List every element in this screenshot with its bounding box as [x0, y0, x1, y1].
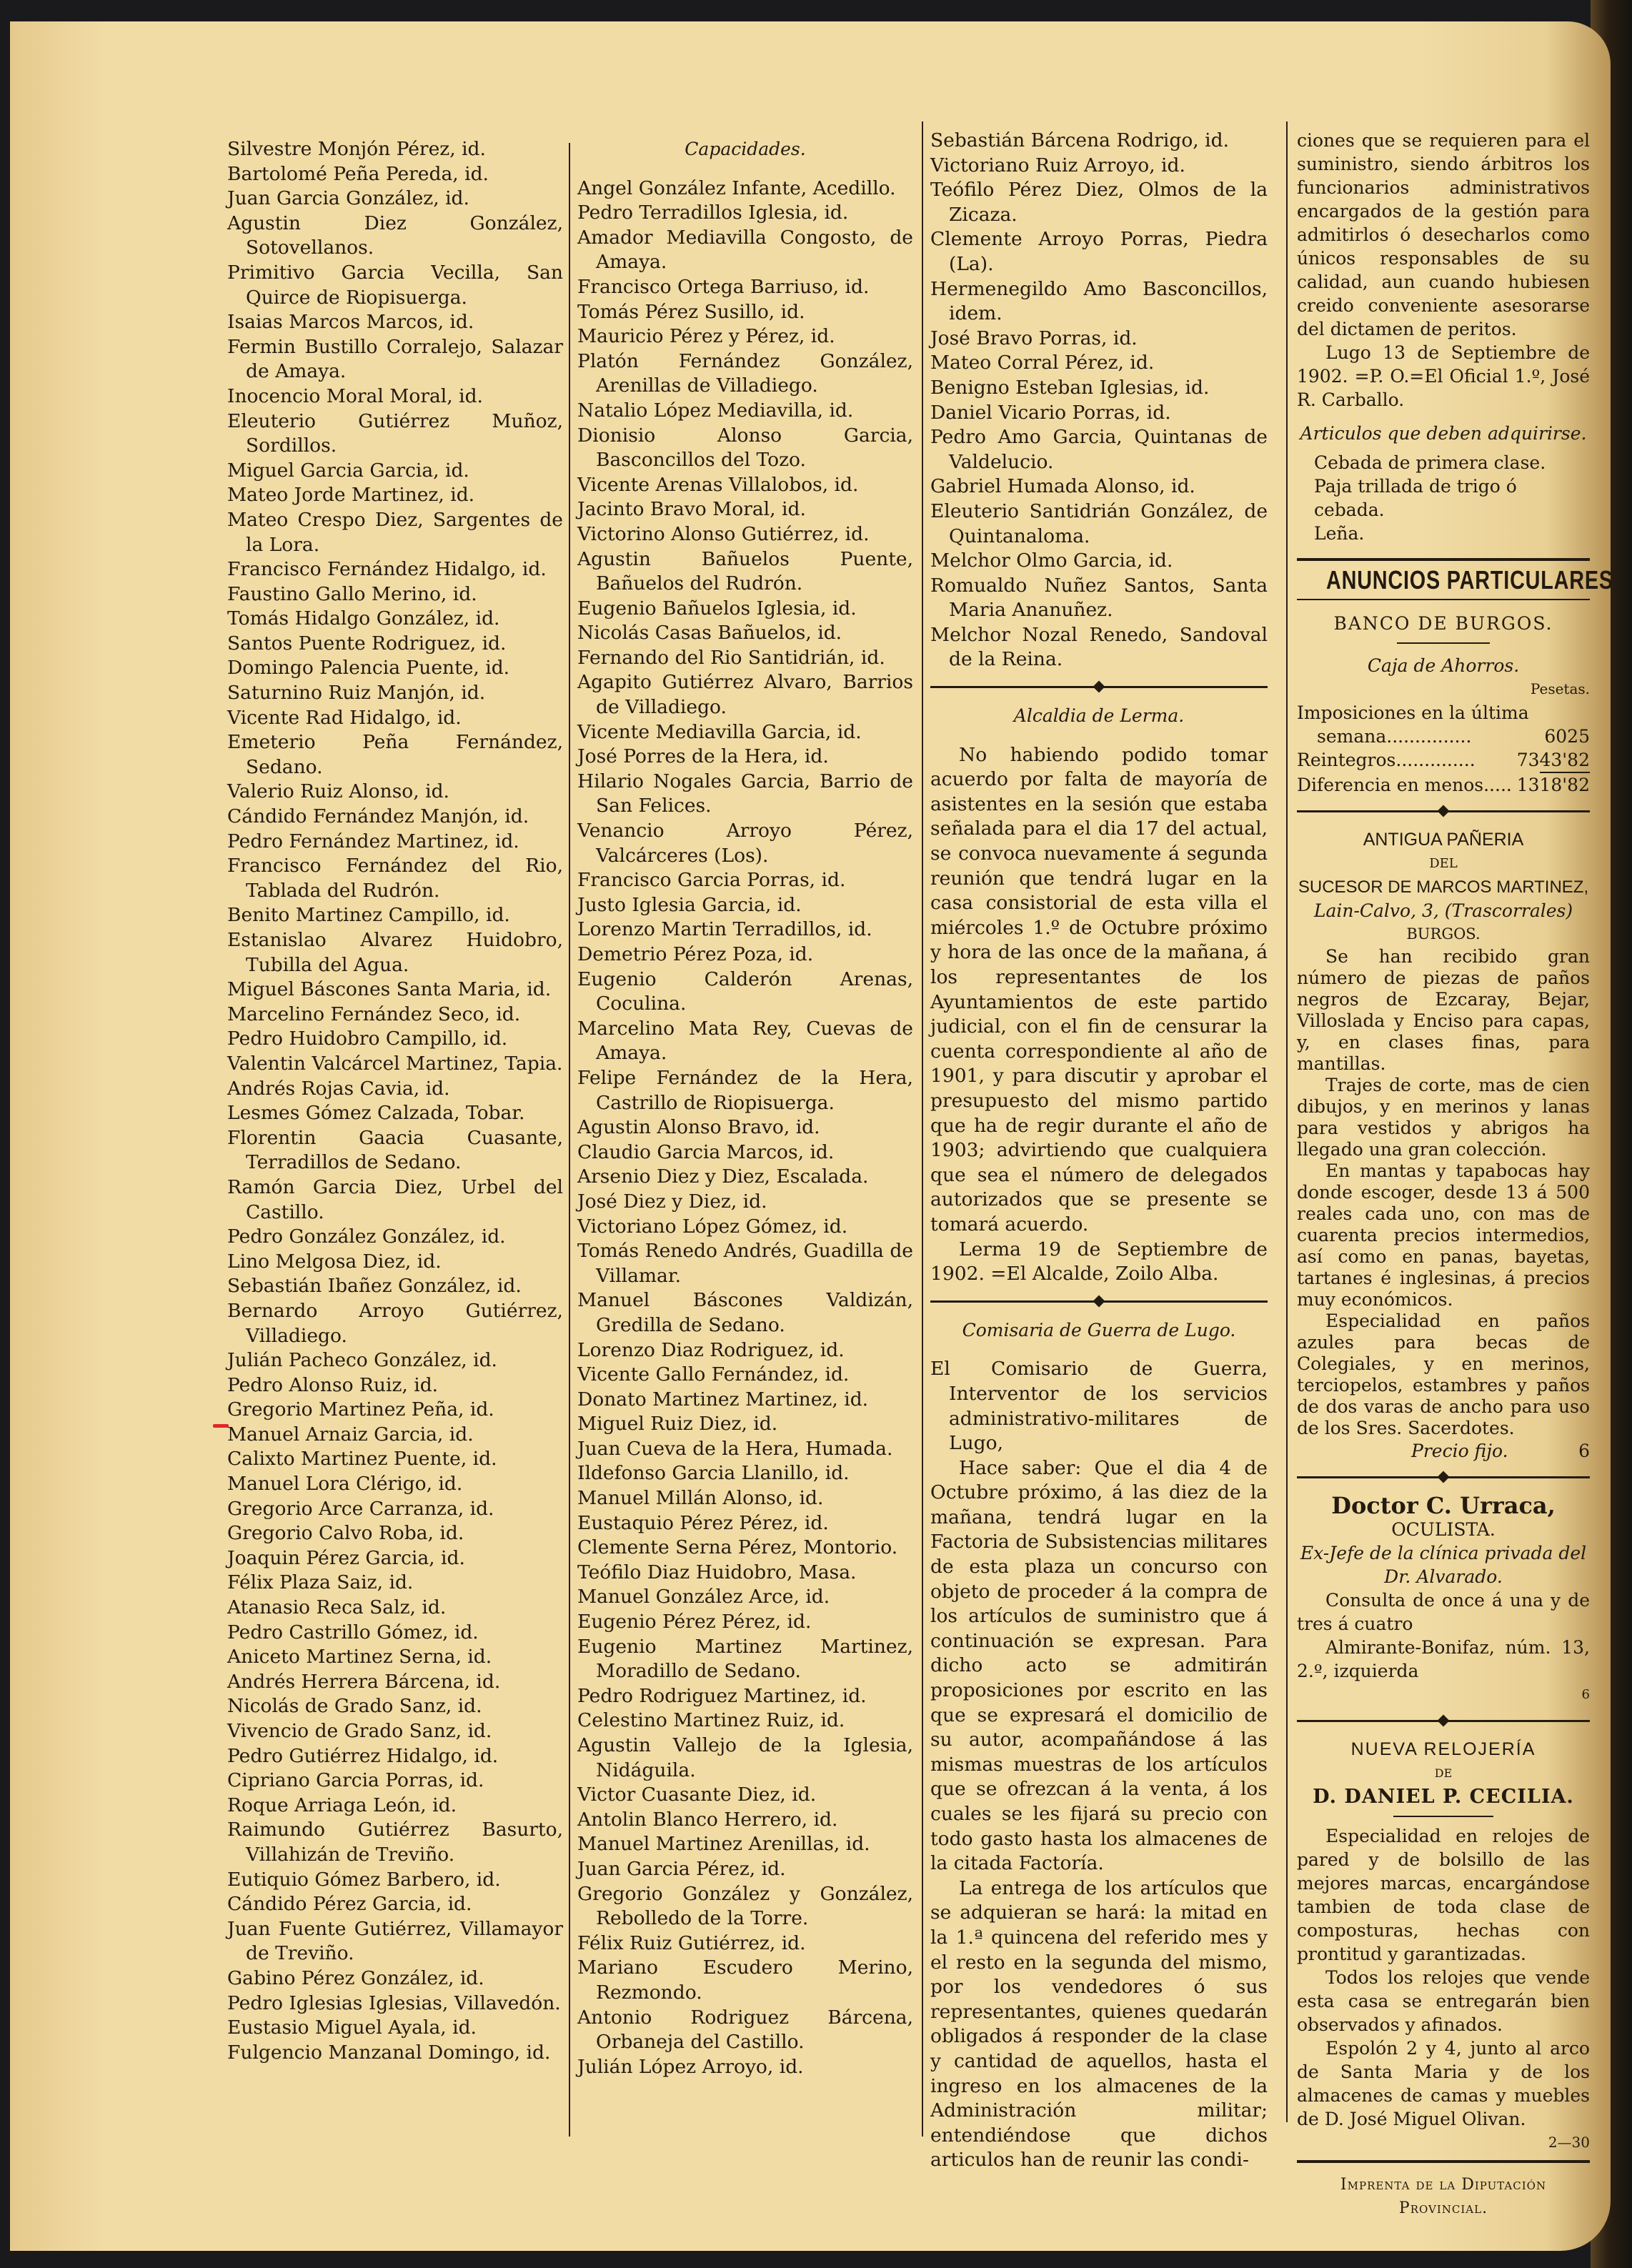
ornamental-divider: [930, 681, 1268, 692]
list-entry: Joaquin Pérez Garcia, id.: [227, 1546, 563, 1571]
list-entry: Roque Arriaga León, id.: [227, 1794, 563, 1819]
list-entry: Pedro González González, id.: [227, 1225, 563, 1250]
doctor-num: 6: [1297, 1683, 1590, 1706]
relojeria-name: D. DANIEL P. CECILIA.: [1297, 1785, 1590, 1809]
article-item: Leña.: [1314, 522, 1590, 545]
lerma-heading: Alcaldia de Lerma.: [930, 704, 1268, 729]
list-entry: Celestino Martinez Ruiz, id.: [577, 1709, 913, 1734]
list-entry: Agustin Bañuelos Puente, Bañuelos del Ru…: [577, 547, 913, 597]
list-entry: Andrés Herrera Bárcena, id.: [227, 1670, 563, 1695]
list-entry: Lino Melgosa Diez, id.: [227, 1250, 563, 1275]
list-entry: Melchor Nozal Renedo, Sandoval de la Rei…: [930, 623, 1268, 672]
relojeria-p2: Todos los relojes que vende esta casa se…: [1297, 1966, 1590, 2036]
list-entry: Victoriano Ruiz Arroyo, id.: [930, 154, 1268, 179]
list-entry: Eugenio Martinez Martinez, Moradillo de …: [577, 1635, 913, 1684]
bank-row: semana...............6025: [1297, 725, 1590, 748]
list-entry: Calixto Martinez Puente, id.: [227, 1447, 563, 1472]
list-entry: Juan Fuente Gutiérrez, Villamayor de Tre…: [227, 1917, 563, 1966]
list-entry: Demetrio Pérez Poza, id.: [577, 942, 913, 968]
list-entry: Tomás Renedo Andrés, Guadilla de Villama…: [577, 1239, 913, 1288]
list-entry: Vicente Rad Hidalgo, id.: [227, 706, 563, 731]
list-entry: Mariano Escudero Merino, Rezmondo.: [577, 1956, 913, 2005]
paneria-price: Precio fijo.: [1411, 1439, 1508, 1463]
bank-row: Imposiciones en la última: [1297, 701, 1590, 725]
list-entry: Julián Pacheco González, id.: [227, 1348, 563, 1373]
list-entry: Donato Martinez Martinez, id.: [577, 1388, 913, 1413]
lerma-body: No habiendo podido tomar acuerdo por fal…: [930, 743, 1268, 1238]
list-entry: Victoriano López Gómez, id.: [577, 1215, 913, 1240]
list-entry: Justo Iglesia Garcia, id.: [577, 893, 913, 918]
list-entry: Tomás Hidalgo González, id.: [227, 607, 563, 632]
list-entry: Vivencio de Grado Sanz, id.: [227, 1719, 563, 1744]
list-entry: Julián López Arroyo, id.: [577, 2055, 913, 2080]
list-entry: Lorenzo Diaz Rodriguez, id.: [577, 1338, 913, 1363]
doctor-sub: Ex-Jefe de la clínica privada del Dr. Al…: [1297, 1541, 1590, 1588]
double-rule: [1297, 558, 1590, 561]
bank-unit: Pesetas.: [1297, 677, 1590, 701]
list-entry: Pedro Terradillos Iglesia, id.: [577, 201, 913, 226]
list-entry: Venancio Arroyo Pérez, Valcárceres (Los)…: [577, 819, 913, 868]
list-entry: Gregorio Arce Carranza, id.: [227, 1497, 563, 1522]
list-entry: Arsenio Diez y Diez, Escalada.: [577, 1165, 913, 1190]
list-entry: José Porres de la Hera, id.: [577, 745, 913, 770]
column-divider: [569, 143, 570, 2137]
list-entry: Fernando del Rio Santidrián, id.: [577, 646, 913, 671]
list-entry: Eutiquio Gómez Barbero, id.: [227, 1868, 563, 1893]
bank-subtitle: Caja de Ahorros.: [1297, 654, 1590, 677]
paneria-p4: Especialidad en paños azules para becas …: [1297, 1310, 1590, 1439]
lugo-body-1: Hace saber: Que el dia 4 de Octubre próx…: [930, 1456, 1268, 1876]
list-entry: Dionisio Alonso Garcia, Basconcillos del…: [577, 424, 913, 473]
list-entry: Benigno Esteban Iglesias, id.: [930, 376, 1268, 401]
column-2-capacidades: Capacidades. Angel González Infante, Ace…: [577, 137, 913, 2079]
list-entry: Daniel Vicario Porras, id.: [930, 401, 1268, 426]
column-1-name-list: Silvestre Monjón Pérez, id.Bartolomé Peñ…: [227, 137, 563, 2065]
list-entry: Eugenio Calderón Arenas, Coculina.: [577, 968, 913, 1017]
list-entry: Benito Martinez Campillo, id.: [227, 903, 563, 928]
list-entry: Gregorio González y González, Rebolledo …: [577, 1882, 913, 1931]
list-entry: Domingo Palencia Puente, id.: [227, 656, 563, 681]
list-entry: Francisco Ortega Barriuso, id.: [577, 275, 913, 300]
list-entry: Miguel Garcia Garcia, id.: [227, 459, 563, 484]
column-divider: [1286, 121, 1288, 2122]
bank-table: Imposiciones en la última semana........…: [1297, 701, 1590, 797]
list-entry: José Diez y Diez, id.: [577, 1190, 913, 1215]
list-entry: Melchor Olmo Garcia, id.: [930, 549, 1268, 574]
list-entry: Pedro Huidobro Campillo, id.: [227, 1027, 563, 1052]
list-entry: Cándido Pérez Garcia, id.: [227, 1892, 563, 1917]
list-entry: Marcelino Mata Rey, Cuevas de Amaya.: [577, 1017, 913, 1066]
list-entry: Miguel Báscones Santa Maria, id.: [227, 978, 563, 1003]
relojeria-de: DE: [1297, 1761, 1590, 1785]
list-entry: Lesmes Gómez Calzada, Tobar.: [227, 1101, 563, 1126]
list-entry: Inocencio Moral Moral, id.: [227, 384, 563, 409]
ornamental-divider: [1297, 1715, 1590, 1726]
relojeria-title: NUEVA RELOJERÍA: [1297, 1738, 1590, 1761]
list-entry: Gabriel Humada Alonso, id.: [930, 474, 1268, 499]
list-entry: Manuel Lora Clérigo, id.: [227, 1472, 563, 1497]
bank-row: Reintegros..............7343'82: [1297, 748, 1590, 772]
list-entry: Saturnino Ruiz Manjón, id.: [227, 681, 563, 706]
list-entry: Félix Plaza Saiz, id.: [227, 1571, 563, 1596]
paneria-p2: Trajes de corte, mas de cien dibujos, y …: [1297, 1075, 1590, 1160]
list-entry: Raimundo Gutiérrez Basurto, Villahizán d…: [227, 1818, 563, 1867]
red-highlight-marker: [213, 1424, 229, 1428]
list-entry: Nicolás Casas Bañuelos, id.: [577, 621, 913, 646]
list-entry: José Bravo Porras, id.: [930, 327, 1268, 352]
list-entry: Vicente Mediavilla Garcia, id.: [577, 720, 913, 745]
doctor-name: Doctor C. Urraca,: [1297, 1494, 1590, 1518]
rule: [1393, 1816, 1493, 1817]
list-entry: Mauricio Pérez y Pérez, id.: [577, 324, 913, 349]
list-entry: Tomás Pérez Susillo, id.: [577, 300, 913, 325]
list-entry: Antolin Blanco Herrero, id.: [577, 1808, 913, 1833]
list-entry: Teófilo Diaz Huidobro, Masa.: [577, 1561, 913, 1586]
lugo-intro: El Comisario de Guerra, Interventor de l…: [930, 1357, 1268, 1456]
list-entry: Manuel Martinez Arenillas, id.: [577, 1832, 913, 1857]
list-entry: Atanasio Reca Salz, id.: [227, 1596, 563, 1621]
relojeria-p1: Especialidad en relojes de pared y de bo…: [1297, 1824, 1590, 1966]
list-entry: Faustino Gallo Merino, id.: [227, 582, 563, 607]
list-entry: Clemente Arroyo Porras, Piedra (La).: [930, 227, 1268, 277]
list-entry: Mateo Jorde Martinez, id.: [227, 483, 563, 508]
capacidades-heading: Capacidades.: [577, 137, 913, 162]
list-entry: Felipe Fernández de la Hera, Castrillo d…: [577, 1066, 913, 1115]
list-entry: Gregorio Martinez Peña, id.: [227, 1398, 563, 1423]
list-entry: Francisco Garcia Porras, id.: [577, 868, 913, 893]
bank-row: Diferencia en menos.....1318'82: [1297, 773, 1590, 797]
list-entry: Bernardo Arroyo Gutiérrez, Villadiego.: [227, 1299, 563, 1348]
list-entry: Lorenzo Martin Terradillos, id.: [577, 917, 913, 942]
list-entry: Vicente Gallo Fernández, id.: [577, 1363, 913, 1388]
ornamental-divider: [1297, 805, 1590, 817]
column-4-ads: ciones que se requieren para el suminist…: [1297, 129, 1590, 2220]
paneria-del: DEL: [1297, 852, 1590, 875]
list-entry: Isaias Marcos Marcos, id.: [227, 310, 563, 335]
list-entry: Claudio Garcia Marcos, id.: [577, 1140, 913, 1165]
lugo-body-2: La entrega de los artículos que se adqui…: [930, 1876, 1268, 2173]
column-divider: [922, 121, 923, 2137]
list-entry: Cipriano Garcia Porras, id.: [227, 1769, 563, 1794]
list-entry: Nicolás de Grado Sanz, id.: [227, 1694, 563, 1719]
list-entry: Manuel Arnaiz Garcia, id.: [227, 1423, 563, 1448]
list-entry: Aniceto Martinez Serna, id.: [227, 1645, 563, 1670]
list-entry: Eleuterio Santidrián González, de Quinta…: [930, 499, 1268, 549]
doctor-p2: Almirante-Bonifaz, núm. 13, 2.º, izquier…: [1297, 1636, 1590, 1683]
list-entry: Manuel Báscones Valdizán, Gredilla de Se…: [577, 1288, 913, 1338]
list-entry: Santos Puente Rodriguez, id.: [227, 632, 563, 657]
list-entry: Mateo Crespo Diez, Sargentes de la Lora.: [227, 508, 563, 557]
list-entry: Eugenio Pérez Pérez, id.: [577, 1610, 913, 1635]
list-entry: Fermin Bustillo Corralejo, Salazar de Am…: [227, 335, 563, 384]
articles-list: Cebada de primera clase. Paja trillada d…: [1297, 451, 1590, 545]
list-entry: Florentin Gaacia Cuasante, Terradillos d…: [227, 1126, 563, 1175]
list-entry: Antonio Rodriguez Bárcena, Orbaneja del …: [577, 2006, 913, 2055]
list-entry: Félix Ruiz Gutiérrez, id.: [577, 1931, 913, 1956]
list-entry: Cándido Fernández Manjón, id.: [227, 805, 563, 830]
list-entry: Primitivo Garcia Vecilla, San Quirce de …: [227, 261, 563, 310]
list-entry: Vicente Arenas Villalobos, id.: [577, 473, 913, 498]
list-entry: Platón Fernández González, Arenillas de …: [577, 349, 913, 399]
list-entry: Juan Garcia Pérez, id.: [577, 1857, 913, 1882]
list-entry: Pedro Castrillo Gómez, id.: [227, 1621, 563, 1646]
rule: [1397, 642, 1490, 644]
paneria-name: SUCESOR DE MARCOS MARTINEZ,: [1297, 875, 1590, 899]
list-entry: Ildefonso Garcia Llanillo, id.: [577, 1461, 913, 1486]
list-entry: Valentin Valcárcel Martinez, Tapia.: [227, 1052, 563, 1077]
list-entry: Gregorio Calvo Roba, id.: [227, 1521, 563, 1546]
relojeria-num: 2—30: [1297, 2131, 1590, 2154]
paneria-city: BURGOS.: [1297, 922, 1590, 946]
rule: [1297, 2160, 1590, 2163]
ornamental-divider: [1297, 1471, 1590, 1483]
list-entry: Pedro Amo Garcia, Quintanas de Valdeluci…: [930, 425, 1268, 474]
list-entry: Emeterio Peña Fernández, Sedano.: [227, 730, 563, 780]
list-entry: Gabino Pérez González, id.: [227, 1966, 563, 1991]
article-item: Cebada de primera clase.: [1314, 451, 1590, 474]
paneria-address: Lain-Calvo, 3, (Trascorrales): [1297, 899, 1590, 922]
list-entry: Eugenio Bañuelos Iglesia, id.: [577, 597, 913, 622]
list-entry: Sebastián Ibañez González, id.: [227, 1274, 563, 1299]
list-entry: Agapito Gutiérrez Alvaro, Barrios de Vil…: [577, 670, 913, 720]
doctor-p1: Consulta de once á una y de tres á cuatr…: [1297, 1588, 1590, 1636]
list-entry: Pedro Gutiérrez Hidalgo, id.: [227, 1744, 563, 1769]
paneria-p1: Se han recibido gran número de piezas de…: [1297, 946, 1590, 1075]
lugo-continuation: ciones que se requieren para el suminist…: [1297, 129, 1590, 341]
list-entry: Agustin Alonso Bravo, id.: [577, 1115, 913, 1140]
paneria-num: 6: [1578, 1439, 1590, 1463]
list-entry: Agustin Diez González, Sotovellanos.: [227, 212, 563, 261]
list-entry: Ramón Garcia Diez, Urbel del Castillo.: [227, 1175, 563, 1225]
list-entry: Manuel Millán Alonso, id.: [577, 1486, 913, 1511]
relojeria-p3: Espolón 2 y 4, junto al arco de Santa Ma…: [1297, 2036, 1590, 2131]
ornamental-divider: [930, 1295, 1268, 1307]
list-entry: Fulgencio Manzanal Domingo, id.: [227, 2041, 563, 2066]
bank-name: BANCO DE BURGOS.: [1297, 612, 1590, 635]
paneria-p3: En mantas y tapabocas hay donde escoger,…: [1297, 1160, 1590, 1310]
list-entry: Marcelino Fernández Seco, id.: [227, 1003, 563, 1028]
list-entry: Juan Cueva de la Hera, Humada.: [577, 1437, 913, 1462]
list-entry: Pedro Iglesias Iglesias, Villavedón.: [227, 1991, 563, 2016]
list-entry: Natalio López Mediavilla, id.: [577, 399, 913, 424]
article-item: Paja trillada de trigo ó cebada.: [1314, 474, 1590, 522]
list-entry: Francisco Fernández Hidalgo, id.: [227, 557, 563, 582]
list-entry: Silvestre Monjón Pérez, id.: [227, 137, 563, 162]
column-3: Sebastián Bárcena Rodrigo, id.Victoriano…: [930, 129, 1268, 2173]
list-entry: Clemente Serna Pérez, Montorio.: [577, 1536, 913, 1561]
list-entry: Romualdo Nuñez Santos, Santa Maria Ananu…: [930, 574, 1268, 623]
list-entry: Eleuterio Gutiérrez Muñoz, Sordillos.: [227, 409, 563, 459]
list-entry: Victorino Alonso Gutiérrez, id.: [577, 522, 913, 547]
list-entry: Miguel Ruiz Diez, id.: [577, 1412, 913, 1437]
list-entry: Eustasio Miguel Ayala, id.: [227, 2016, 563, 2041]
list-entry: Valerio Ruiz Alonso, id.: [227, 780, 563, 805]
list-entry: Pedro Alonso Ruiz, id.: [227, 1373, 563, 1398]
list-entry: Andrés Rojas Cavia, id.: [227, 1077, 563, 1102]
list-entry: Bartolomé Peña Pereda, id.: [227, 162, 563, 187]
list-entry: Hilario Nogales Garcia, Barrio de San Fe…: [577, 770, 913, 819]
doctor-role: OCULISTA.: [1297, 1518, 1590, 1541]
list-entry: Mateo Corral Pérez, id.: [930, 351, 1268, 376]
list-entry: Pedro Fernández Martinez, id.: [227, 830, 563, 855]
list-entry: Sebastián Bárcena Rodrigo, id.: [930, 129, 1268, 154]
paneria-title: ANTIGUA PAÑERIA: [1297, 828, 1590, 852]
articles-heading: Articulos que deben adquirirse.: [1297, 422, 1590, 445]
list-entry: Jacinto Bravo Moral, id.: [577, 497, 913, 522]
list-entry: Hermenegildo Amo Basconcillos, idem.: [930, 277, 1268, 327]
list-entry: Teófilo Pérez Diez, Olmos de la Zicaza.: [930, 178, 1268, 227]
lugo-heading: Comisaria de Guerra de Lugo.: [930, 1318, 1268, 1343]
list-entry: Francisco Fernández del Rio, Tablada del…: [227, 854, 563, 903]
ads-title: ANUNCIOS PARTICULARES.: [1326, 568, 1561, 592]
list-entry: Amador Mediavilla Congosto, de Amaya.: [577, 226, 913, 275]
lugo-signature: Lugo 13 de Septiembre de 1902. =P. O.=El…: [1297, 341, 1590, 412]
list-entry: Eustaquio Pérez Pérez, id.: [577, 1511, 913, 1536]
list-entry: Agustin Vallejo de la Iglesia, Nidáguila…: [577, 1734, 913, 1783]
lerma-signature: Lerma 19 de Septiembre de 1902. =El Alca…: [930, 1238, 1268, 1287]
list-entry: Estanislao Alvarez Huidobro, Tubilla del…: [227, 928, 563, 978]
list-entry: Pedro Rodriguez Martinez, id.: [577, 1684, 913, 1709]
printer-footer: Imprenta de la Diputación Provincial.: [1297, 2173, 1590, 2220]
list-entry: Manuel González Arce, id.: [577, 1585, 913, 1610]
list-entry: Victor Cuasante Diez, id.: [577, 1783, 913, 1808]
list-entry: Angel González Infante, Acedillo.: [577, 176, 913, 202]
rule: [1297, 599, 1590, 600]
list-entry: Juan Garcia González, id.: [227, 186, 563, 212]
